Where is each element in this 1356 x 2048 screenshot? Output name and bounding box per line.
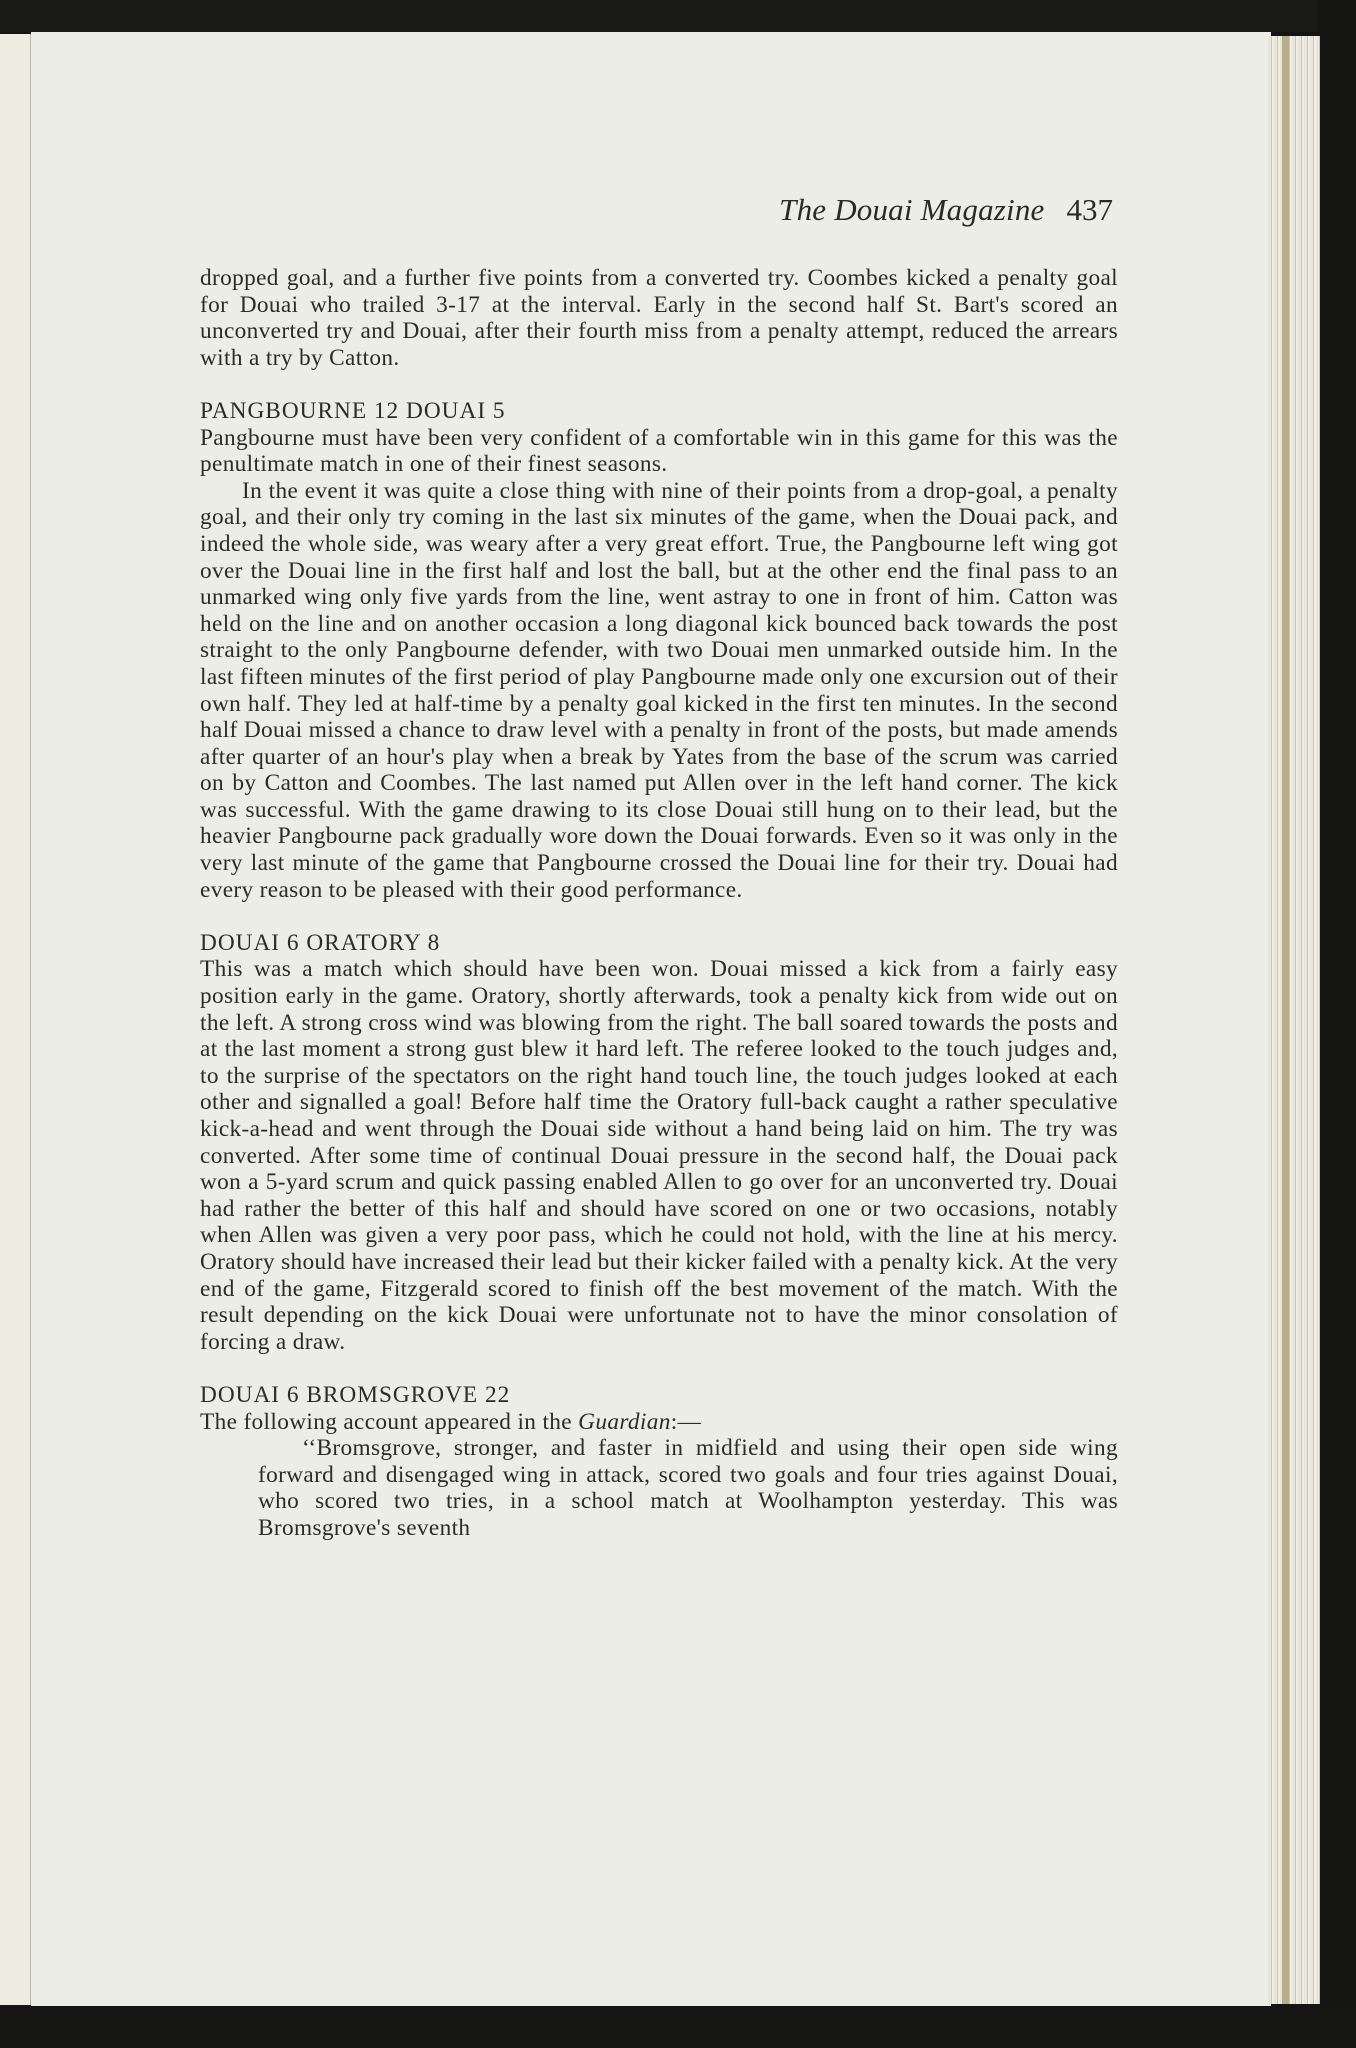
oratory-paragraph: This was a match which should have been … [200, 956, 1118, 1355]
intro-text: The following account appeared in the [200, 1409, 578, 1435]
page-edge-band [1282, 36, 1289, 2004]
page-number: 437 [1067, 192, 1114, 227]
page-stack-edges [1268, 36, 1320, 2004]
pangbourne-paragraph-1: Pangbourne must have been very confident… [200, 425, 1118, 478]
continuation-paragraph: dropped goal, and a further five points … [200, 265, 1118, 371]
bromsgrove-intro: The following account appeared in the Gu… [200, 1409, 1118, 1436]
facing-page-edge [0, 34, 31, 2005]
guardian-quote: ‘‘Bromsgrove, stronger, and faster in mi… [258, 1435, 1118, 1541]
match-heading-bromsgrove: DOUAI 6 BROMSGROVE 22 [200, 1382, 1118, 1409]
article-body: dropped goal, and a further five points … [200, 265, 1118, 1542]
book-cover-right [1318, 0, 1356, 2048]
running-head: The Douai Magazine437 [779, 192, 1113, 228]
match-heading-pangbourne: PANGBOURNE 12 DOUAI 5 [200, 398, 1118, 425]
book-cover-top [0, 0, 1356, 32]
match-heading-oratory: DOUAI 6 ORATORY 8 [200, 930, 1118, 957]
book-cover-bottom [0, 2005, 1356, 2048]
magazine-title: The Douai Magazine [779, 192, 1044, 227]
pangbourne-paragraph-2: In the event it was quite a close thing … [200, 478, 1118, 904]
intro-dash: :— [671, 1409, 701, 1435]
newspaper-name: Guardian [578, 1409, 671, 1435]
